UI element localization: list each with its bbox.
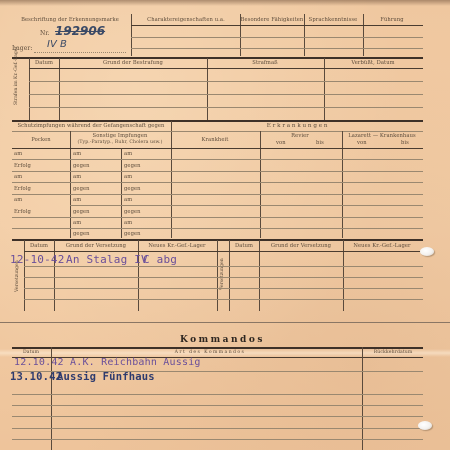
vaccinations-label: Schutzimpfungen während der Gefangenscha… [18, 123, 165, 129]
rule [12, 194, 423, 195]
rule [29, 68, 423, 69]
rule [12, 228, 423, 229]
rule [29, 81, 423, 82]
nr-label: Nr. [40, 30, 50, 37]
kommando-text-stamp: Aussig Fünfhaus [57, 371, 155, 383]
divider [171, 121, 172, 238]
rule [12, 428, 423, 429]
rule [12, 148, 423, 149]
vaccination-cell: am [73, 151, 81, 157]
col-other-vacc-sub: (Typ.-Paratyp., Ruhr, Cholera usw.) [78, 140, 163, 145]
top-edge-shadow [0, 0, 450, 6]
col-served: Verbüßt, Datum [351, 60, 394, 66]
col-transfer-reason-2: Grund der Versetzung [271, 243, 331, 249]
nr-value: 192906 [55, 24, 105, 38]
col-new-camp-2: Neues Kr.-Gef.-Lager [353, 243, 410, 249]
rule [29, 107, 423, 108]
rule [70, 205, 423, 206]
rule [12, 159, 423, 160]
rule [131, 37, 423, 38]
lazarett-von: von [357, 140, 367, 146]
transfer-date-stamp: 12-10-42 [10, 253, 65, 266]
rule [24, 277, 423, 278]
kommando-date-stamp: 13.10.42 [10, 371, 62, 383]
rule [24, 251, 423, 252]
divider [121, 148, 122, 238]
vaccination-cell: gegen [124, 186, 141, 192]
revier-von: von [276, 140, 286, 146]
vaccination-cell: gegen [73, 186, 90, 192]
vaccination-cell: gegen [124, 163, 141, 169]
col-reason: Grund der Bestrafung [103, 60, 163, 66]
rule [12, 217, 423, 218]
col-pocken: Pocken [31, 137, 50, 143]
vaccination-cell: am [14, 174, 22, 180]
vaccination-cell: am [73, 197, 81, 203]
punishments-side-label: Strafen im Kr.-Gef.-Lager [14, 46, 19, 105]
vaccination-cell: am [73, 174, 81, 180]
rule [12, 171, 423, 172]
transfer-reason-stamp: An Stalag IV [66, 253, 148, 266]
section-rule [12, 120, 423, 122]
lager-underline [34, 52, 126, 53]
col-date: Datum [23, 350, 39, 355]
punch-hole [420, 247, 434, 256]
kommando-text-stamp: A.K. Reichbahn Aussig [70, 357, 201, 368]
col-transfer-reason: Grund der Versetzung [66, 243, 126, 249]
vaccination-cell: am [124, 220, 132, 226]
col-date: Datum [35, 60, 53, 66]
rule [12, 416, 423, 417]
kommando-date-stamp: 12.10.42 [14, 357, 64, 368]
col-sentence: Strafmaß [252, 60, 277, 66]
vaccination-cell: gegen [124, 231, 141, 237]
col-languages: Sprachkenntnisse [309, 17, 358, 23]
col-kommando-type: Art des Kommandos [175, 350, 246, 355]
rule [24, 266, 423, 267]
kommandos-title: Kommandos [180, 335, 265, 345]
rule [131, 48, 423, 49]
lager-value: IV B [47, 39, 67, 50]
illnesses-label: Erkrankungen [267, 123, 329, 129]
vaccination-cell: am [124, 197, 132, 203]
vaccination-cell: gegen [73, 163, 90, 169]
punch-hole [418, 421, 432, 430]
vaccination-cell: gegen [73, 231, 90, 237]
rule [29, 94, 423, 95]
rule [12, 439, 423, 440]
col-lazarett: Lazarett — Krankenhaus [348, 133, 416, 139]
col-conduct: Führung [380, 17, 403, 23]
rule [12, 405, 423, 406]
rule [24, 288, 423, 289]
vaccination-cell: am [14, 197, 22, 203]
vaccination-cell: Erfolg [14, 163, 31, 169]
col-other-vacc: Sonstige Impfungen [93, 133, 148, 139]
col-krankheit: Krankheit [202, 137, 229, 143]
divider [131, 14, 132, 56]
prisoner-record-card: Beschriftung der Erkennungsmarke Nr. 192… [0, 0, 450, 450]
transfer-camp-stamp: C abg [143, 253, 177, 266]
col-return-date: Rückkehrdatum [374, 350, 413, 355]
vaccination-cell: am [124, 151, 132, 157]
vaccination-cell: am [124, 174, 132, 180]
vaccination-cell: am [73, 220, 81, 226]
vaccination-cell: Erfolg [14, 209, 31, 215]
rule [24, 299, 423, 300]
col-abilities: Besondere Fähigkeiten [241, 17, 304, 23]
vaccination-cell: gegen [124, 209, 141, 215]
divider [362, 347, 363, 450]
rule [12, 131, 423, 132]
vaccination-cell: am [14, 151, 22, 157]
vaccination-cell: gegen [73, 209, 90, 215]
divider [304, 14, 305, 56]
card-separator [0, 322, 450, 323]
section-rule [12, 57, 423, 59]
revier-bis: bis [316, 140, 324, 146]
col-date-2: Datum [235, 243, 253, 249]
rule [12, 182, 423, 183]
divider [363, 14, 364, 56]
lazarett-bis: bis [401, 140, 409, 146]
col-character: Charaktereigenschaften u.a. [147, 17, 225, 23]
col-date: Datum [30, 243, 48, 249]
rule [131, 25, 423, 26]
transfers-side-label-2: Versetzungen [220, 258, 225, 290]
col-new-camp: Neues Kr.-Gef.-Lager [148, 243, 205, 249]
rule [12, 394, 423, 395]
col-revier: Revier [291, 133, 309, 139]
vaccination-cell: Erfolg [14, 186, 31, 192]
tag-label: Beschriftung der Erkennungsmarke [21, 17, 119, 23]
